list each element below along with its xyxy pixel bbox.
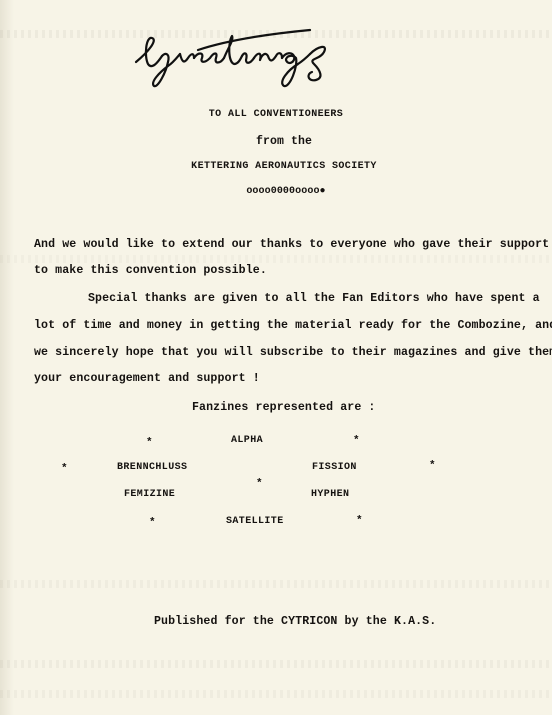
bleed-through-texture — [0, 255, 552, 263]
handwritten-greetings-title — [128, 22, 388, 94]
star-bullet-icon: * — [256, 479, 263, 490]
star-bullet-icon: * — [146, 438, 153, 449]
star-bullet-icon: * — [353, 436, 360, 447]
header-from-the: from the — [0, 135, 552, 148]
paragraph2-line1: Special thanks are given to all the Fan … — [88, 292, 540, 305]
paragraph2-line3: we sincerely hope that you will subscrib… — [34, 346, 552, 359]
star-bullet-icon: * — [149, 518, 156, 529]
ornament-divider: oooo0000oooo● — [0, 186, 552, 197]
star-bullet-icon: * — [356, 516, 363, 527]
fanzine-alpha: ALPHA — [231, 435, 263, 446]
fanzine-satellite: SATELLITE — [226, 516, 284, 527]
bleed-through-texture — [0, 580, 552, 588]
footer-published-by: Published for the CYTRICON by the K.A.S. — [154, 615, 436, 628]
bleed-through-texture — [0, 660, 552, 668]
fanzines-intro: Fanzines represented are : — [192, 401, 376, 414]
fanzine-femizine: FEMIZINE — [124, 489, 175, 500]
bleed-through-texture — [0, 690, 552, 698]
fanzine-fission: FISSION — [312, 462, 357, 473]
fanzine-brennchluss: BRENNCHLUSS — [117, 462, 187, 473]
header-society-name: KETTERING AERONAUTICS SOCIETY — [0, 161, 552, 172]
paragraph2-line2: lot of time and money in getting the mat… — [34, 319, 552, 332]
fanzine-hyphen: HYPHEN — [311, 489, 349, 500]
paragraph1-line1: And we would like to extend our thanks t… — [34, 238, 549, 251]
star-bullet-icon: * — [429, 461, 436, 472]
document-page: TO ALL CONVENTIONEERS from the KETTERING… — [0, 0, 552, 715]
paragraph2-line4: your encouragement and support ! — [34, 372, 260, 385]
star-bullet-icon: * — [61, 464, 68, 475]
paragraph1-line2: to make this convention possible. — [34, 264, 267, 277]
header-to-all-conventioneers: TO ALL CONVENTIONEERS — [0, 109, 552, 120]
